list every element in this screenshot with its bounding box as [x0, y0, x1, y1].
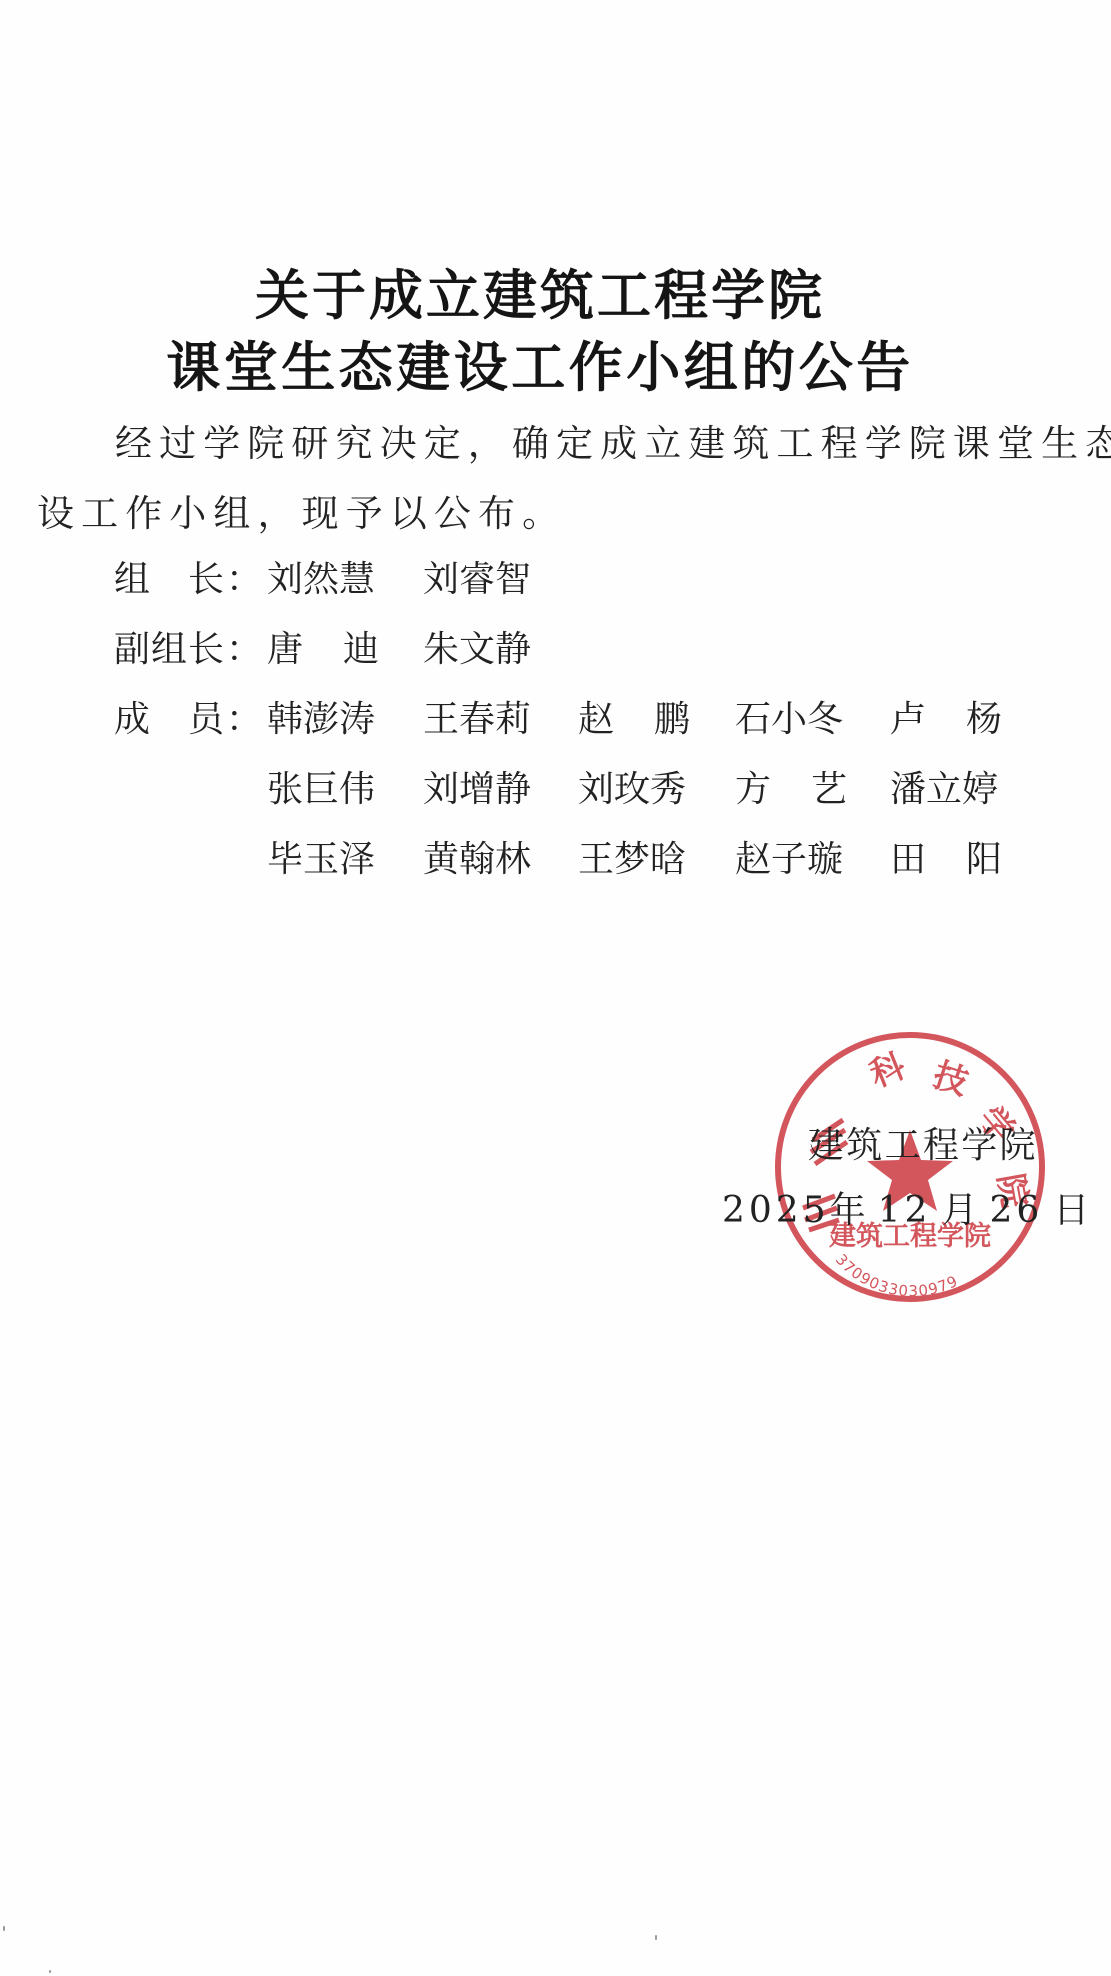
member-name: 石小冬	[735, 698, 875, 742]
member-name: 唐 迪	[267, 628, 407, 672]
signature-date: 2025年12月26日	[722, 1189, 1089, 1233]
member-name: 赵子璇	[735, 838, 875, 882]
member-name: 韩澎涛	[267, 698, 407, 742]
member-name: 刘玫秀	[578, 768, 718, 812]
member-name: 朱文静	[423, 628, 563, 672]
label-char: 组	[114, 558, 150, 602]
member-name: 王春莉	[423, 698, 563, 742]
title-line-1: 关于成立建筑工程学院	[0, 266, 1080, 326]
body-paragraph-line-2: 设工作小组，现予以公布。	[37, 492, 566, 536]
stamp-arc-char: 技	[928, 1055, 973, 1104]
title-line-2: 课堂生态建设工作小组的公告	[0, 338, 1080, 398]
scan-speck	[49, 1970, 51, 1973]
date-month: 12	[878, 1189, 932, 1233]
svg-text:3709033030979: 3709033030979	[832, 1251, 961, 1301]
member-name: 毕玉泽	[267, 838, 407, 882]
date-day: 26	[989, 1189, 1043, 1233]
member-name: 潘立婷	[890, 768, 1030, 812]
member-name: 方 艺	[735, 768, 875, 812]
signature-organization: 建筑工程学院	[808, 1124, 1038, 1168]
member-name: 王梦晗	[578, 838, 718, 882]
date-year-unit: 年	[830, 1189, 866, 1233]
document-page: 关于成立建筑工程学院 课堂生态建设工作小组的公告 经过学院研究决定，确定成立建筑…	[0, 0, 1111, 1976]
member-name: 黄翰林	[423, 838, 563, 882]
label-char: 成	[114, 698, 150, 742]
label-colon: ：	[226, 698, 262, 742]
label-colon: ：	[226, 558, 262, 602]
date-month-unit: 月	[941, 1189, 977, 1233]
member-name: 田 阳	[890, 838, 1030, 882]
label-char: 组	[151, 628, 187, 672]
label-char: 长	[188, 628, 224, 672]
member-name: 赵 鹏	[578, 698, 718, 742]
scan-speck	[655, 1935, 657, 1940]
scan-speck	[3, 1926, 5, 1931]
member-name: 刘增静	[423, 768, 563, 812]
member-name: 卢 杨	[890, 698, 1030, 742]
label-char: 长	[188, 558, 224, 602]
member-name: 刘睿智	[423, 558, 563, 602]
label-char: 员	[188, 698, 224, 742]
stamp-arc-char: 科	[864, 1046, 911, 1096]
member-name: 张巨伟	[267, 768, 407, 812]
member-name: 刘然慧	[267, 558, 407, 602]
body-paragraph-line-1: 经过学院研究决定，确定成立建筑工程学院课堂生态建	[115, 422, 1111, 466]
date-year: 2025	[722, 1189, 830, 1233]
date-day-unit: 日	[1053, 1189, 1089, 1233]
label-char: 副	[114, 628, 150, 672]
stamp-serial-number: 3709033030979	[832, 1251, 961, 1301]
label-colon: ：	[226, 628, 262, 672]
